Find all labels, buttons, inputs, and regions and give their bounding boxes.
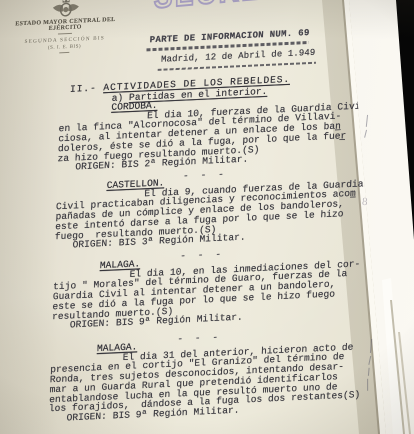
letterhead-rule xyxy=(59,52,69,53)
document-photo: ESTADO MAYOR CENTRAL DEL EJÉRCITO SEGUND… xyxy=(0,0,414,434)
letterhead-org-name: ESTADO MAYOR CENTRAL DEL EJÉRCITO xyxy=(2,16,129,34)
secreto-classification-stamp: SECRETO xyxy=(154,0,306,17)
typed-content: ESTADO MAYOR CENTRAL DEL EJÉRCITO SEGUND… xyxy=(0,0,414,434)
eagle-crest-icon xyxy=(51,0,82,18)
entry-malaga-1: MALAGA. El dia 10, en las inmediaciones … xyxy=(52,249,365,331)
page-edge-number: 8 xyxy=(361,196,368,208)
report-page: ESTADO MAYOR CENTRAL DEL EJÉRCITO SEGUND… xyxy=(0,0,414,434)
entry-castellon: CASTELLON. El dia 9, cuando fuerzas de l… xyxy=(54,169,367,251)
army-general-staff-letterhead: ESTADO MAYOR CENTRAL DEL EJÉRCITO SEGUND… xyxy=(1,0,129,56)
entry-malaga-2: MALAGA. El dia 31 del anterior, hicieron… xyxy=(48,332,361,424)
letterhead-rule xyxy=(58,33,72,35)
entry-cordoba: CORDOBA. El dia 10, fuerzas de la Guardi… xyxy=(57,91,370,173)
section-number: II.- xyxy=(70,83,97,95)
